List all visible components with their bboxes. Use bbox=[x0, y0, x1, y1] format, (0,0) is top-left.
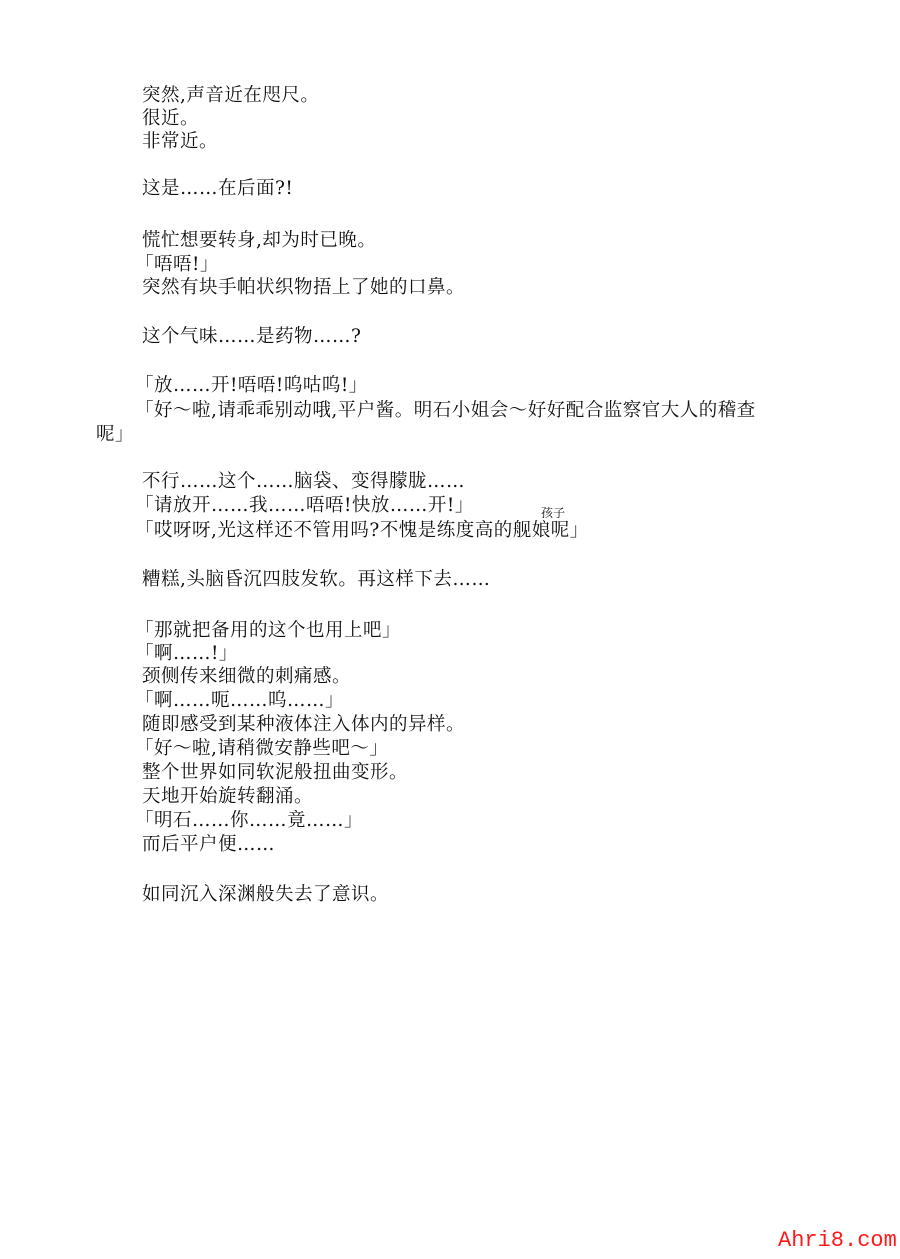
text-line: 天地开始旋转翻涌。 bbox=[142, 785, 313, 808]
text-line: 「好～啦,请稍微安静些吧～」 bbox=[135, 737, 388, 760]
text-line: 「放……开!唔唔!呜咕呜!」 bbox=[135, 374, 368, 397]
ruby-annotation: 孩子 bbox=[541, 507, 565, 519]
text-line: 颈侧传来细微的刺痛感。 bbox=[142, 665, 351, 688]
text-line: 「好～啦,请乖乖别动哦,平户酱。明石小姐会～好好配合监察官大人的稽查 bbox=[135, 399, 756, 422]
text-line: 糟糕,头脑昏沉四肢发软。再这样下去…… bbox=[142, 568, 490, 591]
text-line: 「明石……你……竟……」 bbox=[135, 809, 363, 832]
text-line: 随即感受到某种液体注入体内的异样。 bbox=[142, 713, 465, 736]
text-line: 这是……在后面?! bbox=[142, 177, 293, 200]
watermark: Ahri8.com bbox=[778, 1228, 897, 1253]
text-line: 呢」 bbox=[96, 423, 134, 446]
text-line: 非常近。 bbox=[142, 130, 218, 153]
text-line: 很近。 bbox=[142, 107, 199, 130]
text-line: 「哎呀呀,光这样还不管用吗?不愧是练度高的舰娘呢」 bbox=[135, 519, 589, 542]
text-line: 这个气味……是药物……? bbox=[142, 325, 361, 348]
text-line: 不行……这个……脑袋、变得朦胧…… bbox=[142, 470, 465, 493]
text-line: 整个世界如同软泥般扭曲变形。 bbox=[142, 761, 408, 784]
text-line: 而后平户便…… bbox=[142, 833, 275, 856]
text-line: 慌忙想要转身,却为时已晚。 bbox=[142, 229, 376, 252]
text-line: 「唔唔!」 bbox=[135, 253, 219, 276]
text-line: 突然,声音近在咫尺。 bbox=[142, 84, 319, 107]
text-line: 突然有块手帕状织物捂上了她的口鼻。 bbox=[142, 276, 465, 299]
text-line: 「请放开……我……唔唔!快放……开!」 bbox=[135, 494, 474, 517]
text-line: 「那就把备用的这个也用上吧」 bbox=[135, 619, 401, 642]
text-line: 「啊……呃……呜……」 bbox=[135, 689, 344, 712]
document-page: 突然,声音近在咫尺。很近。非常近。这是……在后面?!慌忙想要转身,却为时已晚。「… bbox=[0, 0, 900, 1259]
text-line: 如同沉入深渊般失去了意识。 bbox=[142, 883, 389, 906]
text-line: 「啊……!」 bbox=[135, 642, 238, 665]
